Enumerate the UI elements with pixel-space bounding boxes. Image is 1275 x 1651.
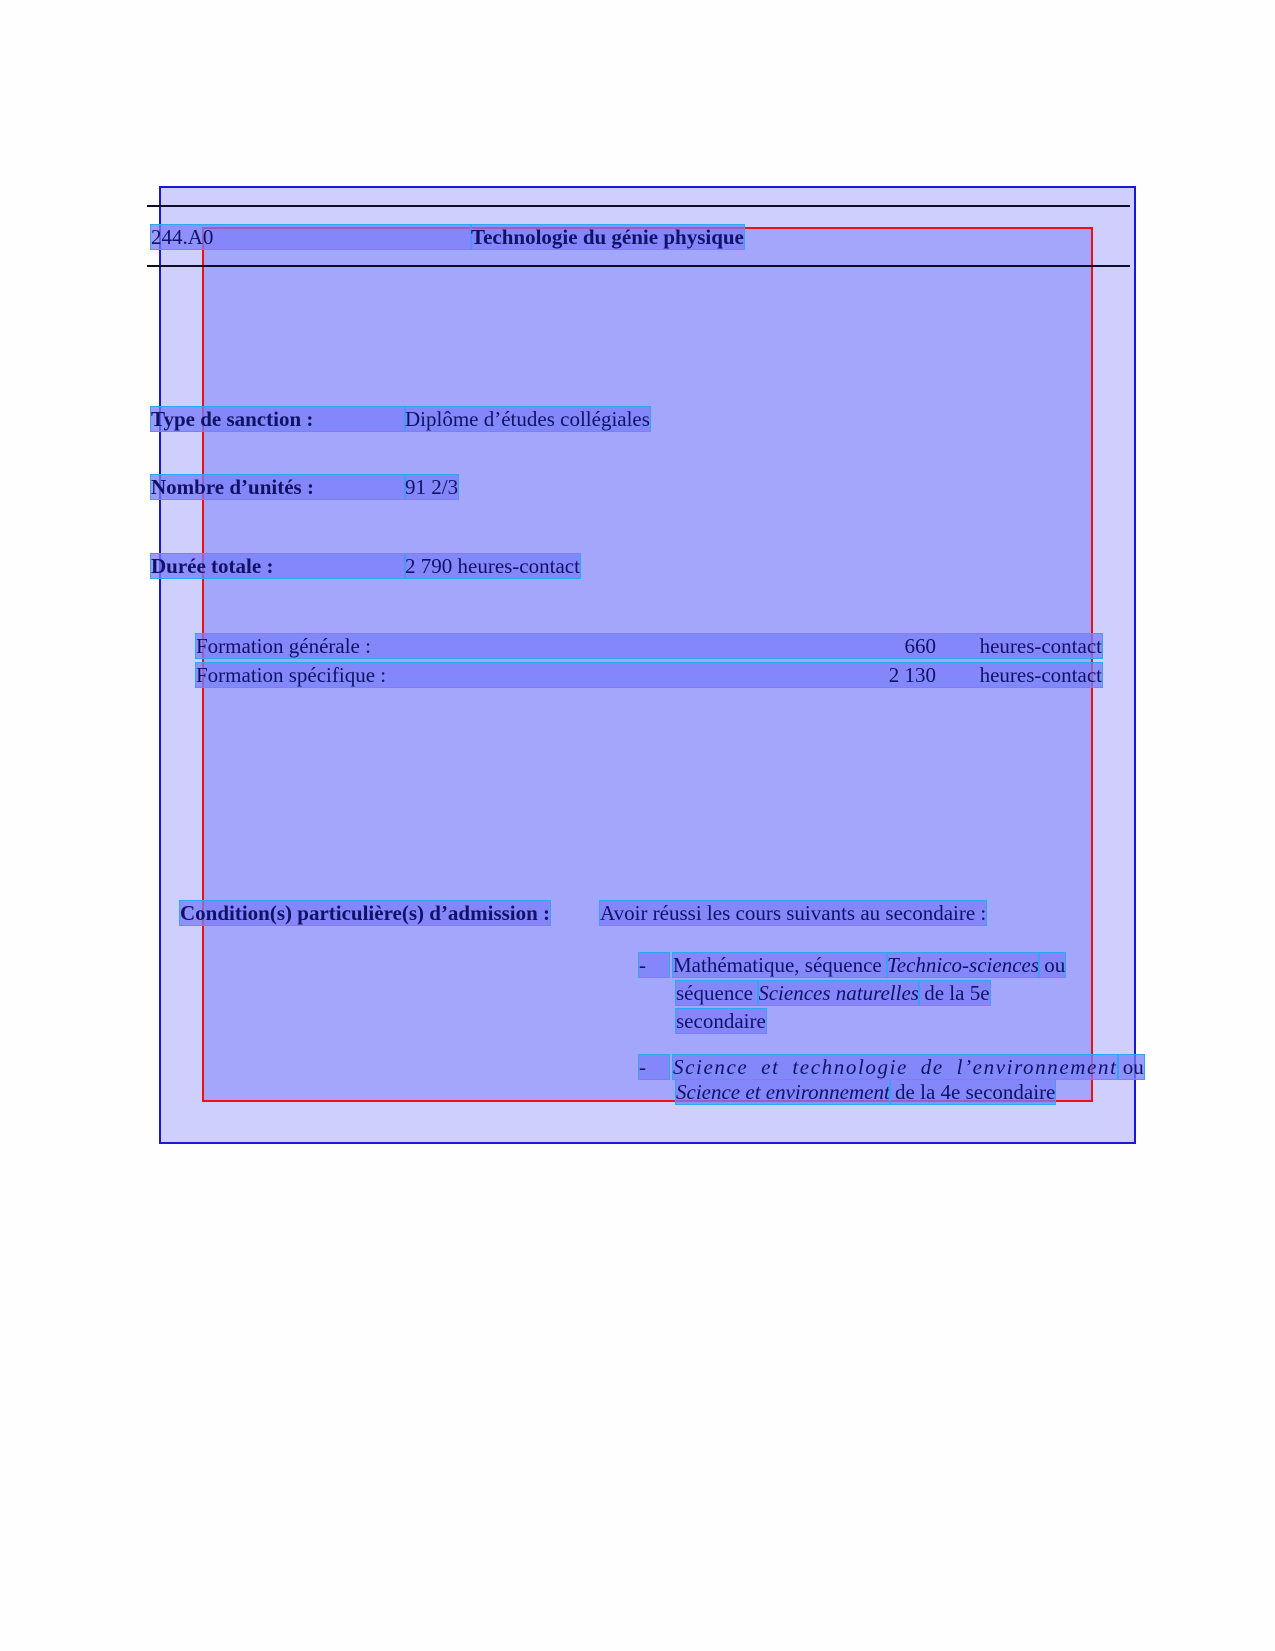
- bullet-marker: -: [639, 953, 669, 977]
- item-text-italic: Sciences naturelles: [758, 981, 919, 1005]
- admission-item-1-line-3: secondaire: [676, 1009, 766, 1033]
- breakdown-row-general: Formation générale : 660 heures-contact: [196, 634, 1102, 658]
- breakdown-unit: heures-contact: [980, 663, 1102, 687]
- admission-item-1-line-2: séquence Sciences naturelles de la 5e: [676, 981, 990, 1005]
- item-text: de la 4e secondaire: [890, 1080, 1056, 1104]
- program-title: Technologie du génie physique: [471, 225, 744, 249]
- bullet-marker: -: [639, 1055, 669, 1079]
- breakdown-unit: heures-contact: [980, 634, 1102, 658]
- duration-value: 2 790 heures-contact: [405, 554, 580, 578]
- breakdown-hours: 660: [905, 634, 937, 658]
- breakdown-label: Formation générale :: [196, 634, 371, 658]
- admission-label: Condition(s) particulière(s) d’admission…: [180, 901, 550, 925]
- item-text: Mathématique, séquence: [673, 953, 887, 977]
- units-value: 91 2/3: [405, 475, 458, 499]
- sanction-value: Diplôme d’études collégiales: [405, 407, 650, 431]
- breakdown-hours: 2 130: [889, 663, 936, 687]
- item-text: de la 5e: [919, 981, 990, 1005]
- sanction-label: Type de sanction :: [151, 407, 405, 431]
- units-label: Nombre d’unités :: [151, 475, 405, 499]
- item-text-italic: Science et environnement: [676, 1080, 890, 1104]
- item-text: ou: [1118, 1055, 1144, 1079]
- admission-intro: Avoir réussi les cours suivants au secon…: [600, 901, 986, 925]
- program-code: 244.A0: [151, 225, 471, 249]
- breakdown-row-specific: Formation spécifique : 2 130 heures-cont…: [196, 663, 1102, 687]
- item-text-italic: Technico-sciences: [887, 953, 1039, 977]
- top-rule: [147, 205, 1130, 207]
- admission-item-2-line-2: Science et environnement de la 4e second…: [676, 1080, 1055, 1104]
- admission-item-1-line-1: Mathématique, séquence Technico-sciences…: [673, 953, 1065, 977]
- item-text-italic: Science et technologie de l’environnemen…: [673, 1055, 1118, 1079]
- breakdown-label: Formation spécifique :: [196, 663, 386, 687]
- item-text: séquence: [676, 981, 758, 1005]
- bottom-rule: [147, 265, 1130, 267]
- item-text: ou: [1039, 953, 1065, 977]
- admission-item-2-line-1: Science et technologie de l’environnemen…: [673, 1055, 1144, 1079]
- duration-label: Durée totale :: [151, 554, 405, 578]
